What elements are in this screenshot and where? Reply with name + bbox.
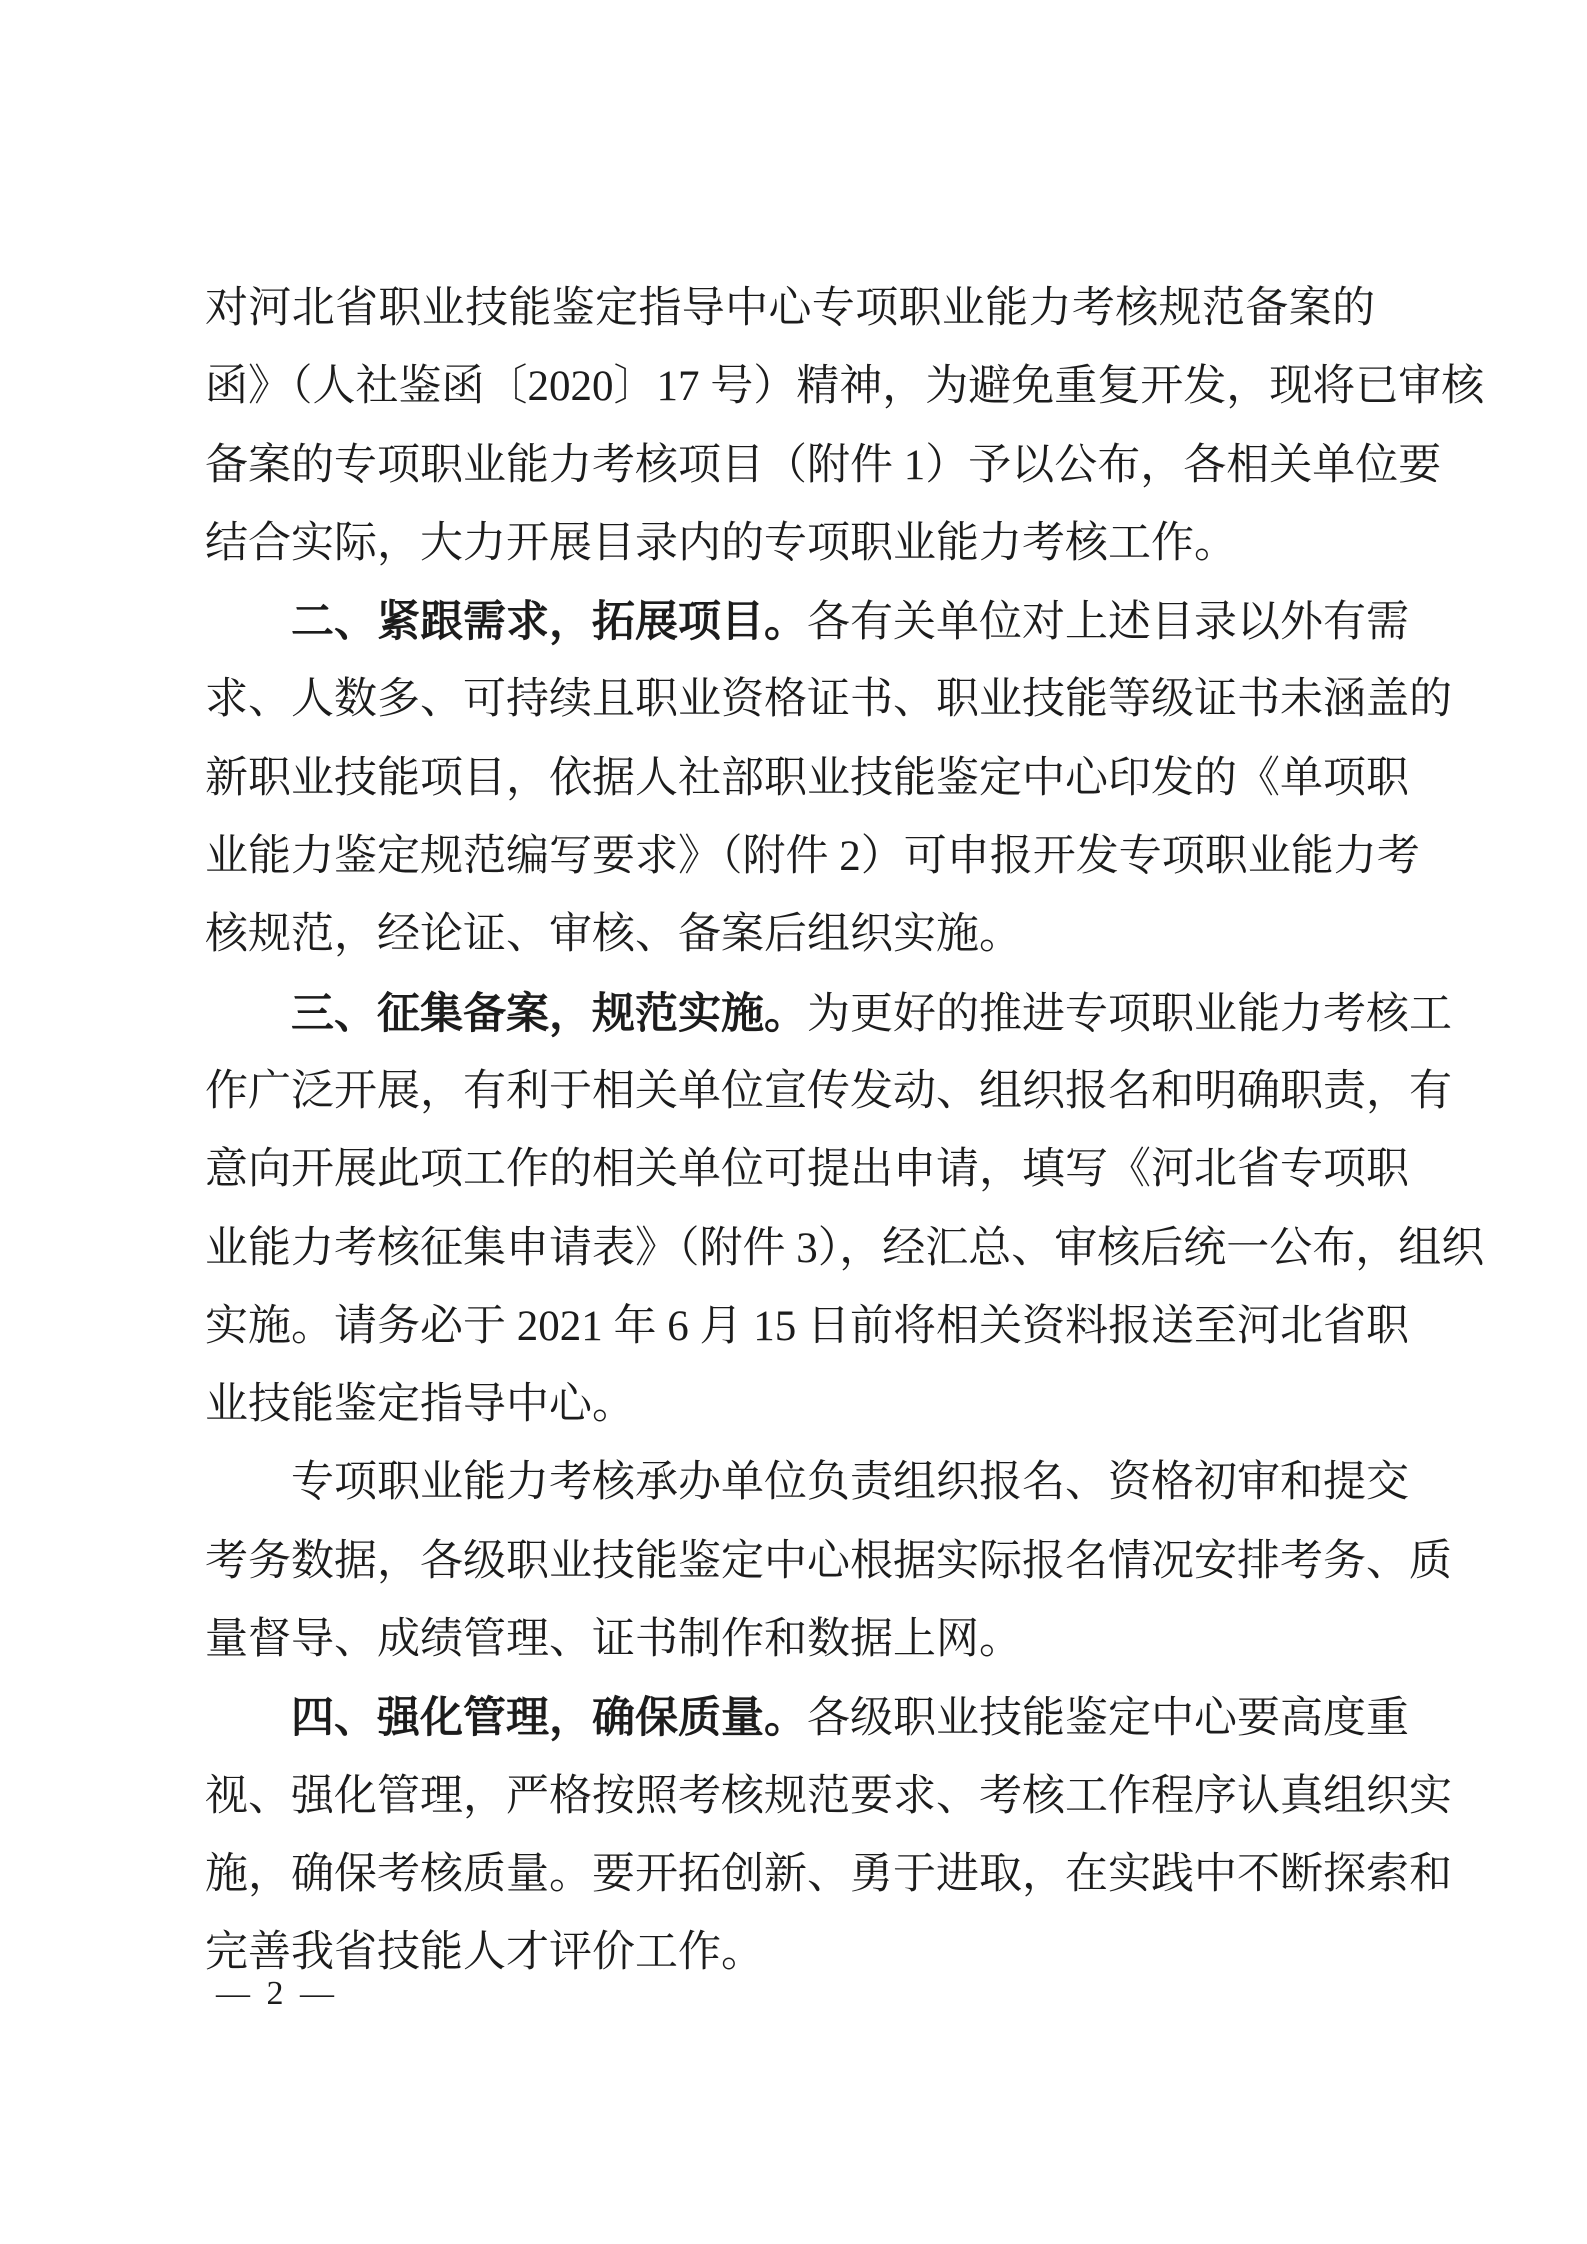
text-line: 专项职业能力考核承办单位负责组织报名、资格初审和提交 (205, 1444, 1375, 1522)
line-text: 意向开展此项工作的相关单位可提出申请，填写《河北省专项职 (205, 1146, 1409, 1193)
text-line: 施，确保考核质量。要开拓创新、勇于进取，在实践中不断探索和 (205, 1836, 1375, 1914)
line-text: 施，确保考核质量。要开拓创新、勇于进取，在实践中不断探索和 (205, 1851, 1452, 1898)
text-line: 备案的专项职业能力考核项目（附件 1）予以公布，各相关单位要 (205, 427, 1375, 505)
page-number: — 2 — (216, 1972, 338, 2016)
section-heading: 三、征集备案，规范实施。 (291, 990, 807, 1038)
line-text: 实施。请务必于 2021 年 6 月 15 日前将相关资料报送至河北省职 (205, 1303, 1409, 1350)
text-line: 意向开展此项工作的相关单位可提出申请，填写《河北省专项职 (205, 1131, 1375, 1209)
text-line: 函》（人社鉴函〔2020〕17 号）精神，为避免重复开发，现将已审核 (205, 348, 1375, 426)
text-line: 结合实际，大力开展目录内的专项职业能力考核工作。 (205, 505, 1375, 583)
text-line: 业能力考核征集申请表》（附件 3），经汇总、审核后统一公布，组织 (205, 1210, 1375, 1288)
text-line: 考务数据，各级职业技能鉴定中心根据实际报名情况安排考务、质 (205, 1523, 1375, 1601)
text-line: 求、人数多、可持续且职业资格证书、职业技能等级证书未涵盖的 (205, 661, 1375, 739)
text-line: 实施。请务必于 2021 年 6 月 15 日前将相关资料报送至河北省职 (205, 1288, 1375, 1366)
line-text: 求、人数多、可持续且职业资格证书、职业技能等级证书未涵盖的 (205, 676, 1452, 723)
text-line: 完善我省技能人才评价工作。 (205, 1914, 1375, 1992)
section-heading: 二、紧跟需求，拓展项目。 (291, 598, 807, 646)
line-text: 业能力考核征集申请表》（附件 3），经汇总、审核后统一公布，组织 (205, 1225, 1484, 1272)
line-text: 各级职业技能鉴定中心要高度重 (807, 1695, 1409, 1742)
line-text: 完善我省技能人才评价工作。 (205, 1929, 764, 1976)
body-text: 对河北省职业技能鉴定指导中心专项职业能力考核规范备案的 函》（人社鉴函〔2020… (205, 270, 1375, 1993)
line-text: 专项职业能力考核承办单位负责组织报名、资格初审和提交 (291, 1459, 1409, 1506)
line-text: 备案的专项职业能力考核项目（附件 1）予以公布，各相关单位要 (205, 442, 1441, 489)
section-heading: 四、强化管理，确保质量。 (291, 1694, 807, 1742)
line-text: 业技能鉴定指导中心。 (205, 1381, 635, 1428)
document-page: 对河北省职业技能鉴定指导中心专项职业能力考核规范备案的 函》（人社鉴函〔2020… (0, 0, 1587, 2244)
line-text: 结合实际，大力开展目录内的专项职业能力考核工作。 (205, 520, 1237, 567)
line-text: 为更好的推进专项职业能力考核工 (807, 991, 1452, 1038)
line-text: 视、强化管理，严格按照考核规范要求、考核工作程序认真组织实 (205, 1773, 1452, 1820)
text-line: 核规范，经论证、审核、备案后组织实施。 (205, 896, 1375, 974)
text-line: 二、紧跟需求，拓展项目。各有关单位对上述目录以外有需 (205, 583, 1375, 661)
line-text: 考务数据，各级职业技能鉴定中心根据实际报名情况安排考务、质 (205, 1538, 1452, 1585)
text-line: 三、征集备案，规范实施。为更好的推进专项职业能力考核工 (205, 975, 1375, 1053)
line-text: 作广泛开展，有利于相关单位宣传发动、组织报名和明确职责，有 (205, 1068, 1452, 1115)
text-line: 对河北省职业技能鉴定指导中心专项职业能力考核规范备案的 (205, 270, 1375, 348)
text-line: 视、强化管理，严格按照考核规范要求、考核工作程序认真组织实 (205, 1758, 1375, 1836)
text-line: 四、强化管理，确保质量。各级职业技能鉴定中心要高度重 (205, 1679, 1375, 1757)
line-text: 业能力鉴定规范编写要求》（附件 2）可申报开发专项职业能力考 (205, 833, 1420, 880)
line-text: 函》（人社鉴函〔2020〕17 号）精神，为避免重复开发，现将已审核 (205, 363, 1484, 410)
line-text: 对河北省职业技能鉴定指导中心专项职业能力考核规范备案的 (205, 285, 1375, 332)
line-text: 各有关单位对上述目录以外有需 (807, 599, 1409, 646)
text-line: 业技能鉴定指导中心。 (205, 1366, 1375, 1444)
text-line: 作广泛开展，有利于相关单位宣传发动、组织报名和明确职责，有 (205, 1053, 1375, 1131)
line-text: 新职业技能项目，依据人社部职业技能鉴定中心印发的《单项职 (205, 755, 1409, 802)
line-text: 核规范，经论证、审核、备案后组织实施。 (205, 911, 1022, 958)
text-line: 新职业技能项目，依据人社部职业技能鉴定中心印发的《单项职 (205, 740, 1375, 818)
line-text: 量督导、成绩管理、证书制作和数据上网。 (205, 1616, 1022, 1663)
text-line: 业能力鉴定规范编写要求》（附件 2）可申报开发专项职业能力考 (205, 818, 1375, 896)
text-line: 量督导、成绩管理、证书制作和数据上网。 (205, 1601, 1375, 1679)
